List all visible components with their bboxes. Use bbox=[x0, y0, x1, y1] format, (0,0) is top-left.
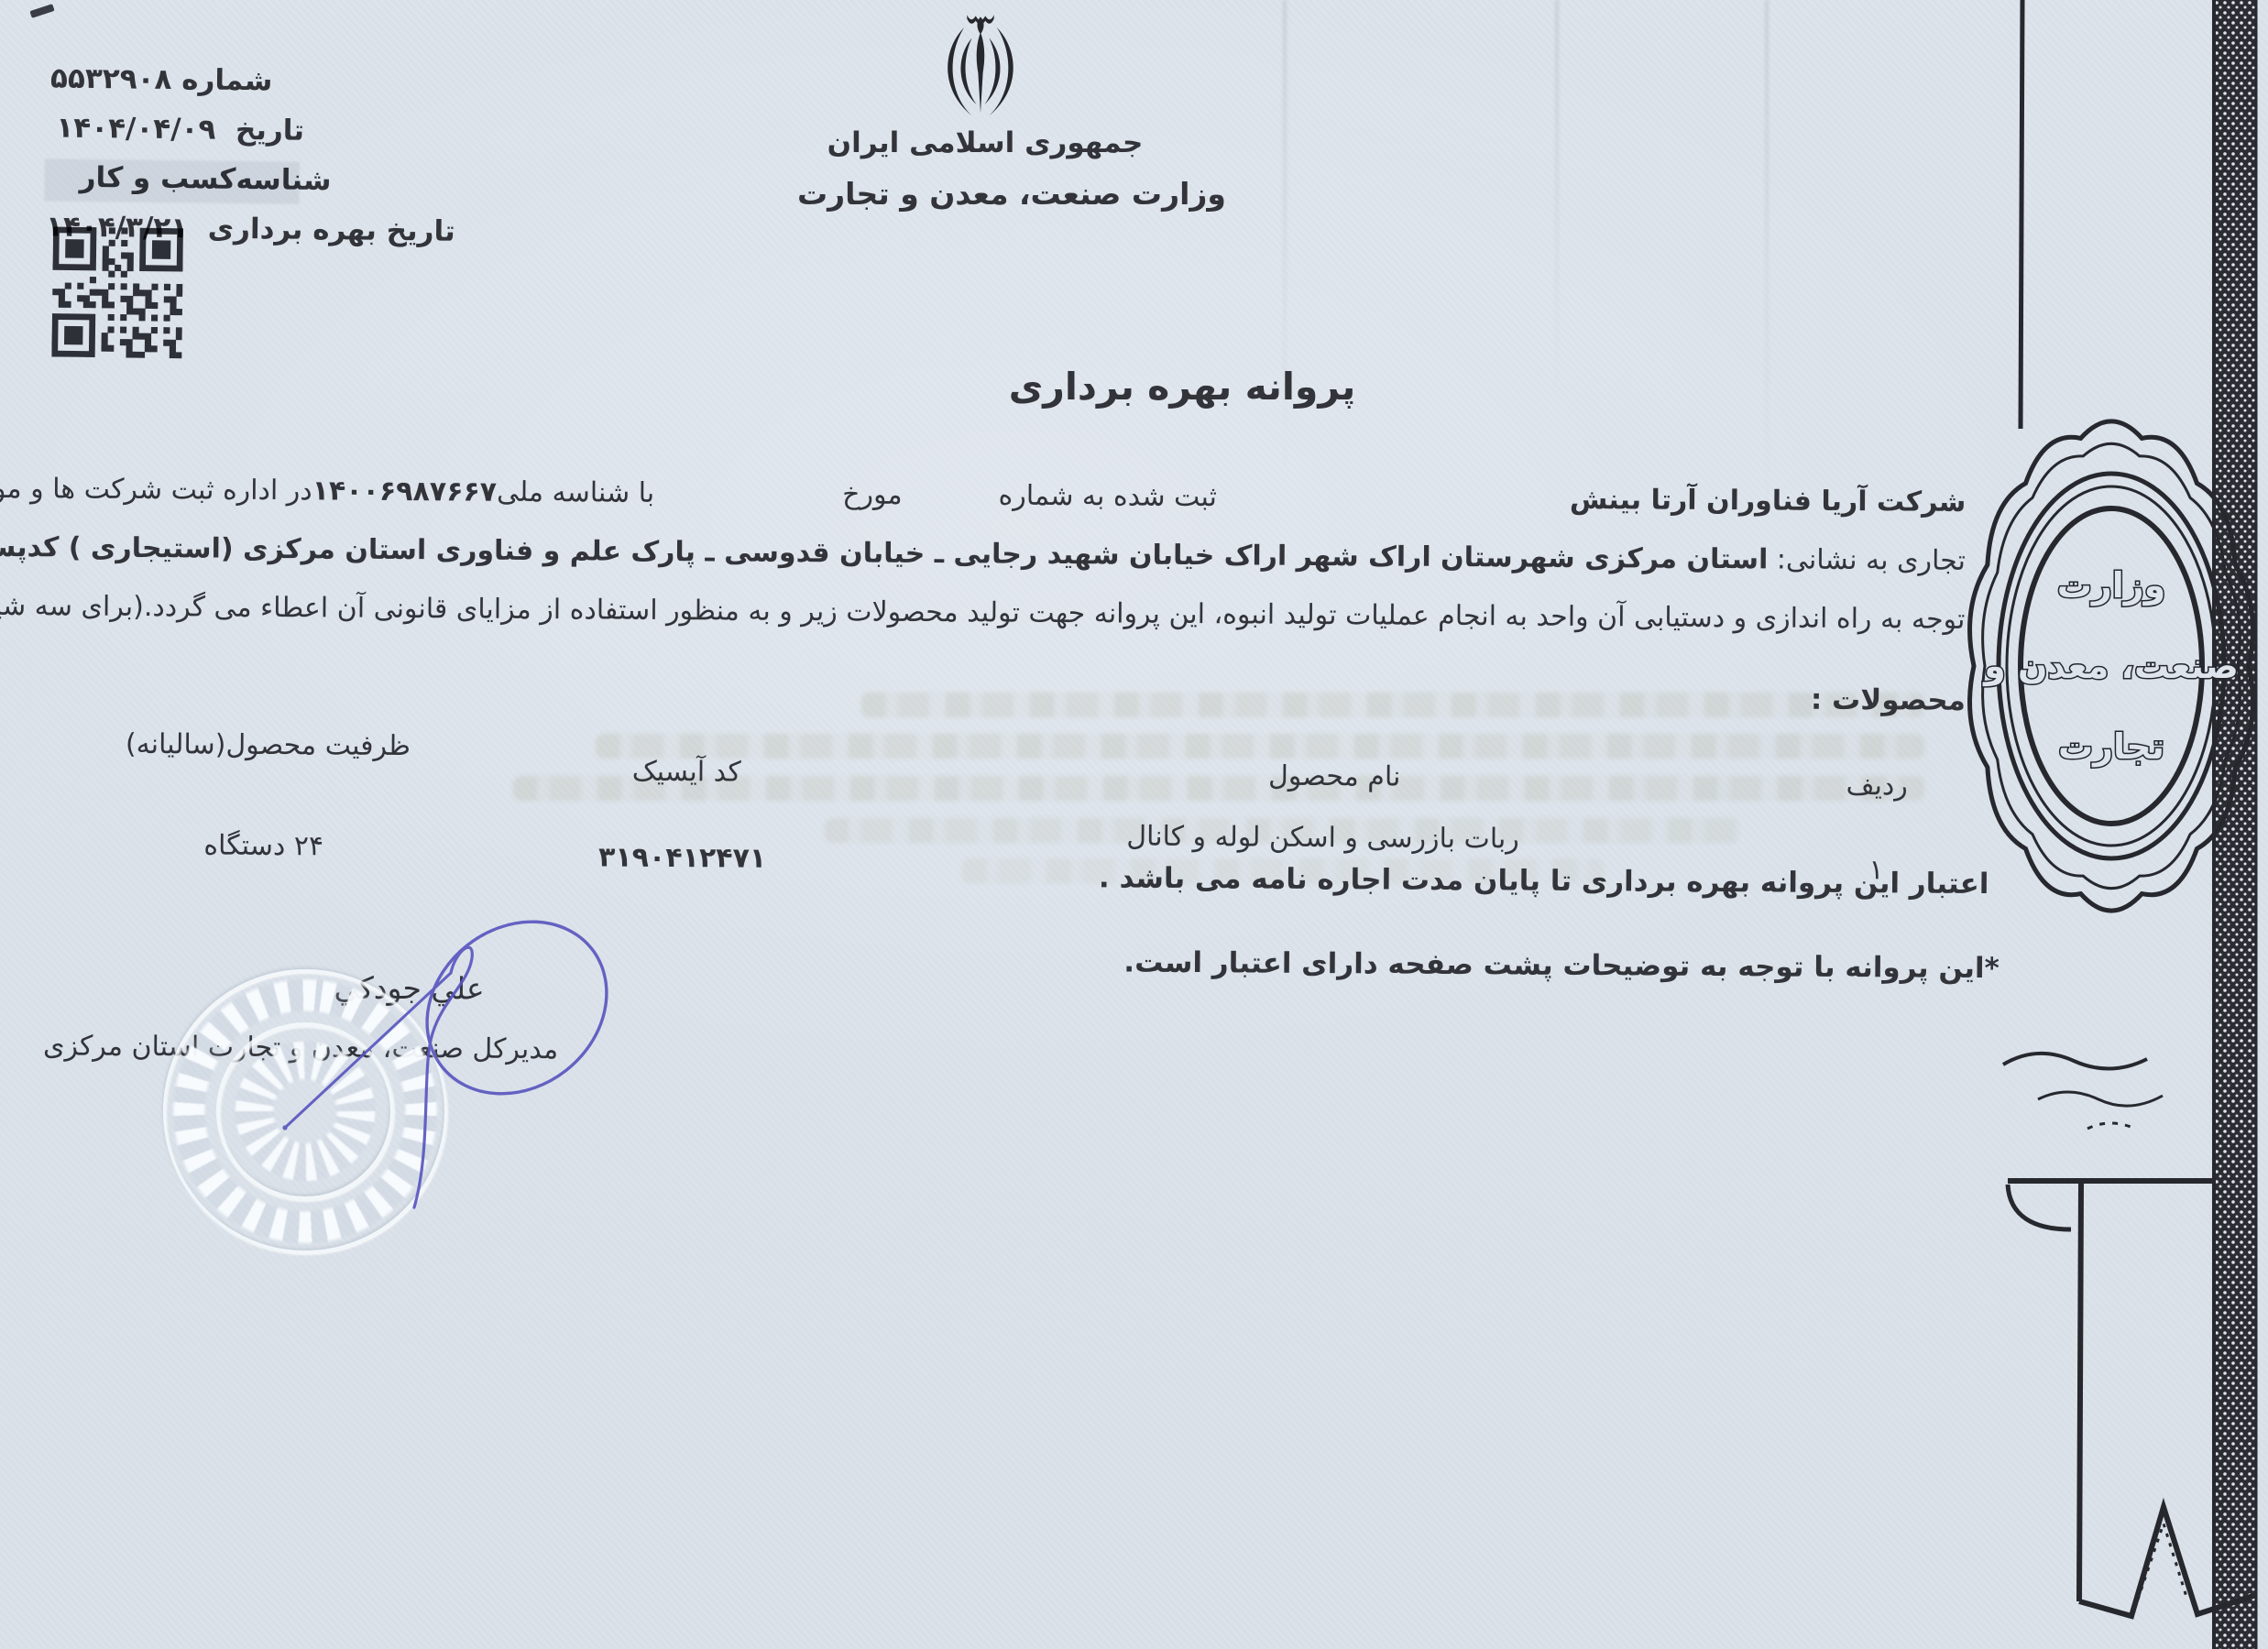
license-paragraph: شرکت آریا فناوران آرتا بینش ثبت شده به ش… bbox=[25, 473, 1966, 662]
stamp-center-marks bbox=[231, 1037, 379, 1185]
license-document: شماره ۵۵۳۲۹۰۸ تاریخ ۱۴۰۴/۰۴/۰۹ شناسه‌کسب… bbox=[0, 0, 2268, 1649]
address-prefix: تجاری به نشانی: bbox=[1768, 543, 1966, 577]
seal-text-line2: صنعت، معدن و bbox=[1982, 646, 2239, 687]
blank-registration-date bbox=[903, 504, 999, 505]
validity-line-2: *این پروانه با توجه به توضیحات پشت صفحه … bbox=[1123, 946, 2000, 986]
national-id-value: ۱۴۰۰۶۹۸۷۶۶۷ bbox=[312, 475, 498, 508]
column-header-isic: کد آیسیک bbox=[595, 755, 778, 788]
national-id-suffix: در اداره ثبت شرکت ها و موسسات غیر bbox=[0, 472, 312, 507]
blank-registration-number bbox=[1217, 506, 1570, 508]
registered-label: ثبت شده به شماره bbox=[998, 480, 1217, 514]
column-header-name: نام محصول bbox=[1243, 759, 1426, 792]
dated-label: مورخ bbox=[842, 478, 903, 510]
validity-line-1: اعتبار این پروانه بهره برداری تا پایان م… bbox=[1099, 861, 1989, 901]
ministry-ribbon-seal-icon: وزارت صنعت، معدن و تجارت bbox=[1950, 0, 2268, 1649]
paragraph-line-3: توجه به راه اندازی و دستیابی آن واحد به … bbox=[25, 590, 1965, 662]
seal-text-line3: تجارت bbox=[2058, 726, 2164, 767]
main-content: شرکت آریا فناوران آرتا بینش ثبت شده به ش… bbox=[0, 0, 2268, 1649]
column-header-capacity: ظرفیت محصول(سالیانه) bbox=[121, 728, 414, 762]
company-name: شرکت آریا فناوران آرتا بینش bbox=[1570, 484, 1967, 519]
table-row-isic-code: ۳۱۹۰۴۱۲۴۷۱ bbox=[581, 841, 783, 875]
national-id-prefix: با شناسه ملی bbox=[497, 476, 654, 509]
table-row-capacity: ۲۴ دستگاه bbox=[163, 829, 365, 863]
column-header-row: ردیف bbox=[1831, 770, 1923, 803]
products-section-label: محصولات : bbox=[1811, 683, 1966, 717]
table-row-product-name: ربات بازرسی و اسکن لوله و کانال bbox=[1153, 821, 1519, 856]
embossed-stamp-icon bbox=[163, 969, 447, 1253]
seal-text-line1: وزارت bbox=[2057, 565, 2166, 606]
spacer bbox=[654, 502, 842, 503]
